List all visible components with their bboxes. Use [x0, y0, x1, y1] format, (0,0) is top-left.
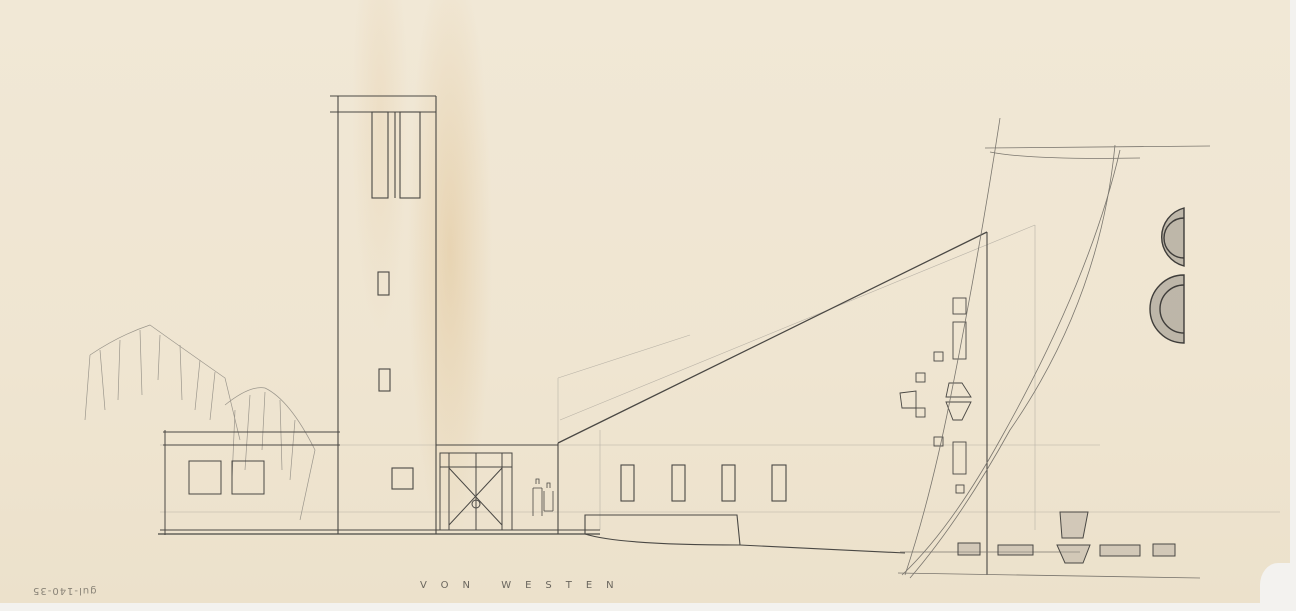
- drawing-title: VON WESTEN: [420, 580, 680, 591]
- human-figures: [533, 479, 553, 516]
- nave: [558, 232, 987, 575]
- elevation-drawing: [0, 0, 1296, 611]
- entrance-doors: [436, 445, 558, 530]
- left-annex: [158, 430, 600, 535]
- benches: [958, 512, 1175, 563]
- tree-sketch: [85, 325, 315, 520]
- bell-tower: [330, 96, 436, 534]
- torn-corner: [1260, 563, 1290, 603]
- sketch-strokes: [898, 118, 1210, 578]
- wall-openings: [900, 298, 971, 493]
- ornament-sculpture: [1150, 208, 1184, 343]
- construction-lines: [160, 225, 1280, 530]
- catalog-number: gul-140-35: [32, 585, 97, 596]
